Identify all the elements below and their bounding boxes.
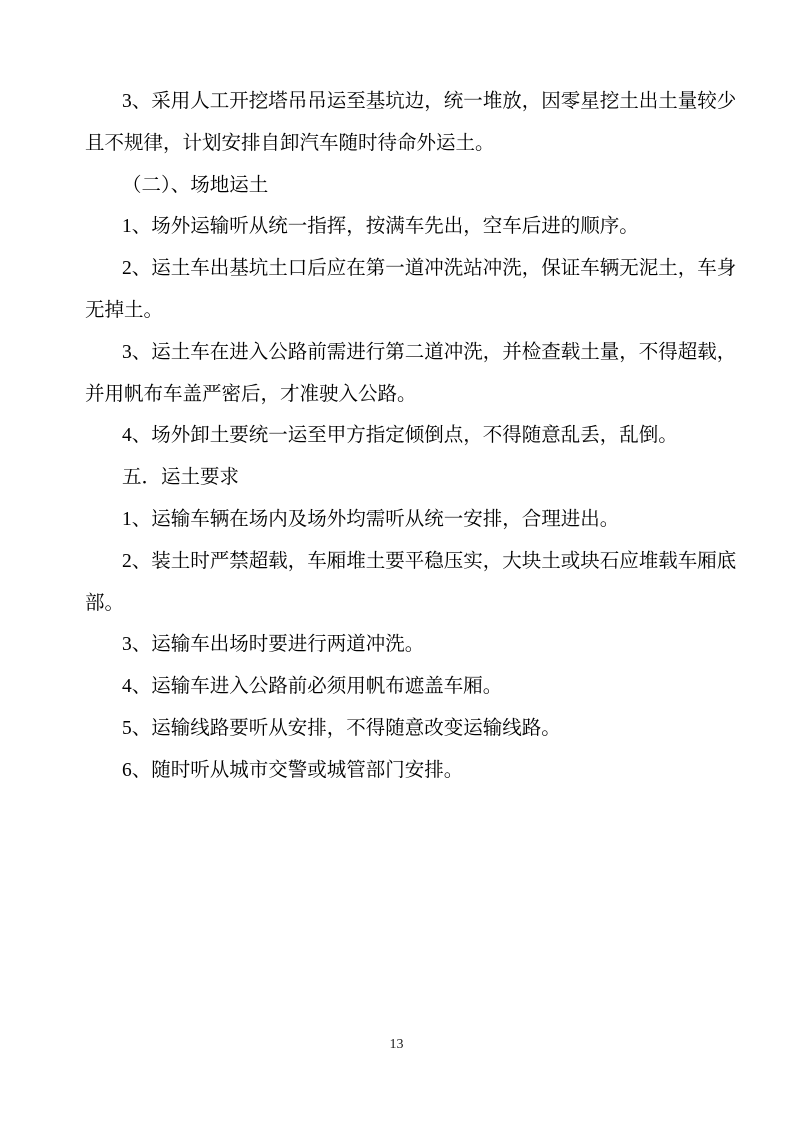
text-line: 2、装土时严禁超载，车厢堆土要平稳压实，大块土或块石应堆载车厢底 bbox=[85, 541, 741, 583]
text-line: 3、运输车出场时要进行两道冲洗。 bbox=[85, 624, 741, 666]
text-line: 4、场外卸土要统一运至甲方指定倾倒点，不得随意乱丢，乱倒。 bbox=[85, 415, 741, 457]
text-line: 4、运输车进入公路前必须用帆布遮盖车厢。 bbox=[85, 666, 741, 708]
document-page: 3、采用人工开挖塔吊吊运至基坑边，统一堆放，因零星挖土出土量较少 且不规律，计划… bbox=[0, 0, 793, 1122]
text-line: 无掉土。 bbox=[85, 290, 741, 332]
text-line: 3、运土车在进入公路前需进行第二道冲洗，并检查载土量，不得超载， bbox=[85, 332, 741, 374]
text-line: 2、运土车出基坑土口后应在第一道冲洗站冲洗，保证车辆无泥土，车身 bbox=[85, 248, 741, 290]
text-line: 并用帆布车盖严密后，才准驶入公路。 bbox=[85, 374, 741, 416]
text-line: 且不规律，计划安排自卸汽车随时待命外运土。 bbox=[85, 123, 741, 165]
section-heading: 五．运土要求 bbox=[85, 457, 741, 499]
text-line: 6、随时听从城市交警或城管部门安排。 bbox=[85, 750, 741, 792]
page-number: 13 bbox=[0, 1036, 793, 1054]
text-line: 5、运输线路要听从安排，不得随意改变运输线路。 bbox=[85, 708, 741, 750]
text-line: 1、运输车辆在场内及场外均需听从统一安排，合理进出。 bbox=[85, 499, 741, 541]
text-line: 1、场外运输听从统一指挥，按满车先出，空车后进的顺序。 bbox=[85, 206, 741, 248]
text-line: 3、采用人工开挖塔吊吊运至基坑边，统一堆放，因零星挖土出土量较少 bbox=[85, 81, 741, 123]
section-heading: （二）、场地运土 bbox=[85, 165, 741, 207]
text-line: 部。 bbox=[85, 583, 741, 625]
document-content: 3、采用人工开挖塔吊吊运至基坑边，统一堆放，因零星挖土出土量较少 且不规律，计划… bbox=[85, 81, 741, 792]
